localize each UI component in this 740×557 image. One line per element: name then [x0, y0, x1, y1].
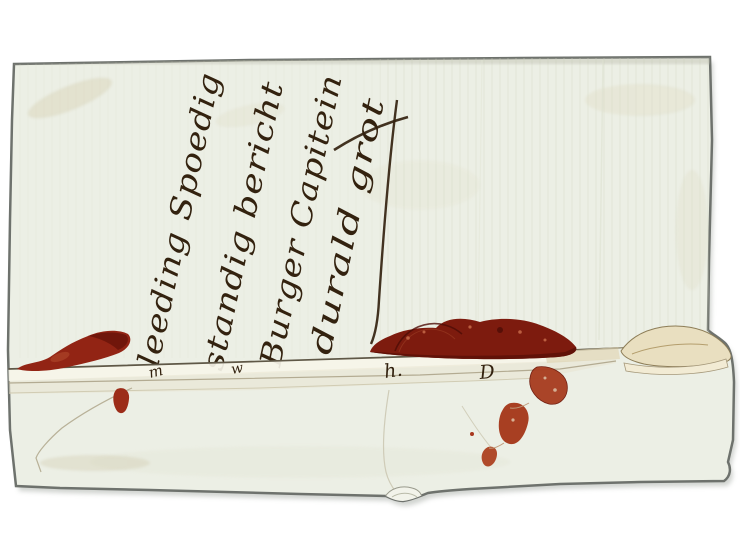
wax-fragment-speckle [544, 377, 547, 380]
fold-mark-3: h. [383, 359, 404, 383]
wax-fragment-speckle [511, 418, 514, 421]
wax-speckle [423, 331, 426, 334]
wax-speckle [518, 330, 522, 334]
wax-fragment-dot [470, 432, 474, 436]
wax-dark-spot [497, 327, 503, 333]
letter-photo-canvas: leeding Spoedig standig bericht Burger C… [0, 0, 740, 557]
fold-mark-4: D [478, 361, 496, 384]
letter-photo: leeding Spoedig standig bericht Burger C… [0, 0, 740, 557]
wax-speckle [544, 339, 547, 342]
wax-fragment-speckle [553, 388, 557, 392]
wax-speckle [468, 325, 471, 328]
wax-speckle [406, 336, 410, 340]
